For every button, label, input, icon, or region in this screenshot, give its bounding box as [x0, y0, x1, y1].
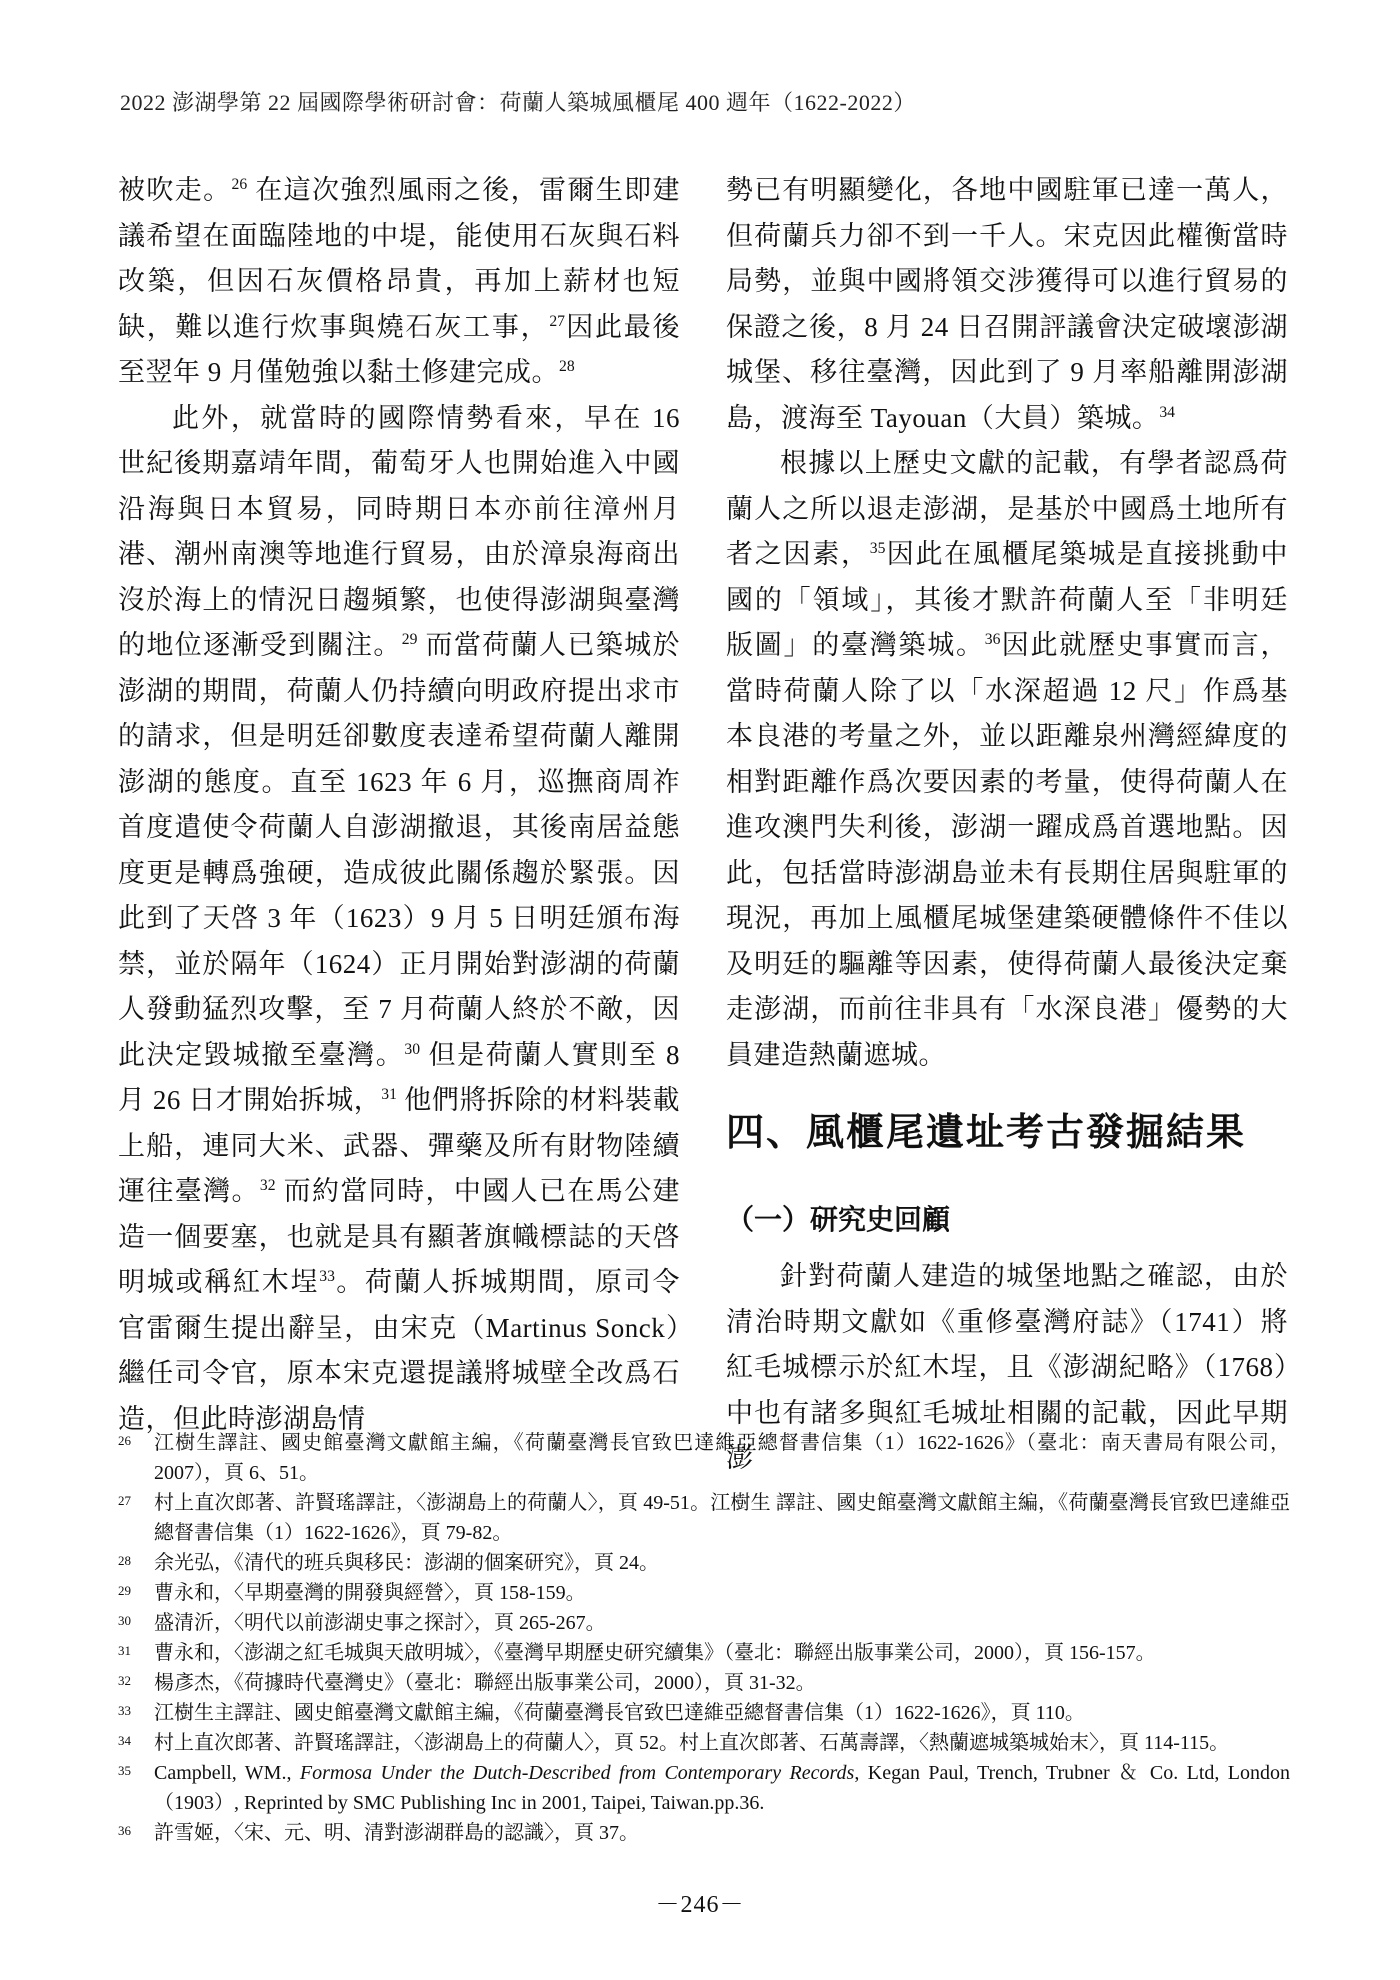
text-run: 被吹走。 — [118, 175, 232, 205]
text-run: 楊彥杰，《荷據時代臺灣史》（臺北：聯經出版事業公司，2000），頁 31-32。 — [154, 1672, 816, 1694]
footnote: 26江樹生譯註、國史館臺灣文獻館主編，《荷蘭臺灣長官致巴達維亞總督書信集（1）1… — [118, 1428, 1290, 1488]
paragraph: 此外，就當時的國際情勢看來，早在 16 世紀後期嘉靖年間，葡萄牙人也開始進入中國… — [118, 396, 680, 1443]
page-number: －246－ — [0, 1884, 1400, 1919]
footnote: 32楊彥杰，《荷據時代臺灣史》（臺北：聯經出版事業公司，2000），頁 31-3… — [118, 1668, 1290, 1698]
footnote-number: 28 — [118, 1548, 154, 1574]
subsection-heading: （一）研究史回顧 — [726, 1202, 1288, 1238]
footnote: 27村上直次郎著、許賢瑤譯註，〈澎湖島上的荷蘭人〉，頁 49-51。江樹生 譯註… — [118, 1488, 1290, 1548]
footnote: 35Campbell, WM., Formosa Under the Dutch… — [118, 1758, 1290, 1818]
footnote-ref: 35 — [870, 540, 886, 557]
left-column: 被吹走。26 在這次強烈風雨之後，雷爾生即建議希望在面臨陸地的中堤，能使用石灰與… — [118, 168, 680, 1482]
section-heading: 四、風櫃尾遺址考古發掘結果 — [726, 1106, 1288, 1160]
body-columns: 被吹走。26 在這次強烈風雨之後，雷爾生即建議希望在面臨陸地的中堤，能使用石灰與… — [118, 168, 1288, 1482]
footnote-ref: 28 — [559, 358, 575, 375]
footnote: 28余光弘，《清代的班兵與移民：澎湖的個案研究》，頁 24。 — [118, 1548, 1290, 1578]
footnote-number: 35 — [118, 1758, 154, 1784]
footnote-text: Campbell, WM., Formosa Under the Dutch-D… — [154, 1758, 1290, 1818]
footnote-text: 曹永和，〈早期臺灣的開發與經營〉，頁 158-159。 — [154, 1578, 1290, 1608]
paragraph: 勢已有明顯變化，各地中國駐軍已達一萬人，但荷蘭兵力卻不到一千人。宋克因此權衡當時… — [726, 168, 1288, 441]
footnote-number: 36 — [118, 1818, 154, 1844]
footnote-text: 曹永和，〈澎湖之紅毛城與天啟明城〉，《臺灣早期歷史研究續集》（臺北：聯經出版事業… — [154, 1638, 1290, 1668]
footnote-ref: 30 — [404, 1041, 420, 1058]
footnote-text: 楊彥杰，《荷據時代臺灣史》（臺北：聯經出版事業公司，2000），頁 31-32。 — [154, 1668, 1290, 1698]
text-run: 勢已有明顯變化，各地中國駐軍已達一萬人，但荷蘭兵力卻不到一千人。宋克因此權衡當時… — [726, 175, 1288, 433]
footnote-number: 26 — [118, 1428, 154, 1454]
footnote: 34村上直次郎著、許賢瑤譯註，〈澎湖島上的荷蘭人〉，頁 52。村上直次郎著、石萬… — [118, 1728, 1290, 1758]
paragraph: 根據以上歷史文獻的記載，有學者認爲荷蘭人之所以退走澎湖，是基於中國爲土地所有者之… — [726, 441, 1288, 1078]
footnote-ref: 31 — [381, 1086, 397, 1103]
text-run: 江樹生主譯註、國史館臺灣文獻館主編，《荷蘭臺灣長官致巴達維亞總督書信集（1）16… — [154, 1702, 1085, 1724]
footnote-text: 村上直次郎著、許賢瑤譯註，〈澎湖島上的荷蘭人〉，頁 52。村上直次郎著、石萬壽譯… — [154, 1728, 1290, 1758]
footnote-number: 29 — [118, 1578, 154, 1604]
footnotes-section: 26江樹生譯註、國史館臺灣文獻館主編，《荷蘭臺灣長官致巴達維亞總督書信集（1）1… — [118, 1428, 1290, 1848]
footnote-number: 33 — [118, 1698, 154, 1724]
footnote-text: 余光弘，《清代的班兵與移民：澎湖的個案研究》，頁 24。 — [154, 1548, 1290, 1578]
footnote-ref: 33 — [319, 1268, 335, 1285]
italic-title: Formosa Under the Dutch-Described from C… — [300, 1762, 854, 1784]
footnote-number: 31 — [118, 1638, 154, 1664]
paragraph: 被吹走。26 在這次強烈風雨之後，雷爾生即建議希望在面臨陸地的中堤，能使用石灰與… — [118, 168, 680, 396]
text-run: Campbell, WM., — [154, 1762, 300, 1784]
footnote-number: 32 — [118, 1668, 154, 1694]
footnote-number: 34 — [118, 1728, 154, 1754]
text-run: 曹永和，〈澎湖之紅毛城與天啟明城〉，《臺灣早期歷史研究續集》（臺北：聯經出版事業… — [154, 1642, 1156, 1664]
footnote-ref: 32 — [260, 1177, 276, 1194]
running-header: 2022 澎湖學第 22 屆國際學術研討會：荷蘭人築城風櫃尾 400 週年（16… — [120, 86, 1290, 117]
footnote-text: 村上直次郎著、許賢瑤譯註，〈澎湖島上的荷蘭人〉，頁 49-51。江樹生 譯註、國… — [154, 1488, 1290, 1548]
text-run: 曹永和，〈早期臺灣的開發與經營〉，頁 158-159。 — [154, 1582, 586, 1604]
footnote-text: 江樹生譯註、國史館臺灣文獻館主編，《荷蘭臺灣長官致巴達維亞總督書信集（1）162… — [154, 1428, 1290, 1488]
footnote-ref: 27 — [549, 313, 565, 330]
document-page: 2022 澎湖學第 22 屆國際學術研討會：荷蘭人築城風櫃尾 400 週年（16… — [0, 0, 1400, 1980]
footnote-number: 30 — [118, 1608, 154, 1634]
footnote: 31曹永和，〈澎湖之紅毛城與天啟明城〉，《臺灣早期歷史研究續集》（臺北：聯經出版… — [118, 1638, 1290, 1668]
footnote-text: 江樹生主譯註、國史館臺灣文獻館主編，《荷蘭臺灣長官致巴達維亞總督書信集（1）16… — [154, 1698, 1290, 1728]
text-run: 而當荷蘭人已築城於澎湖的期間，荷蘭人仍持續向明政府提出求市的請求，但是明廷卻數度… — [118, 630, 680, 1070]
footnote-ref: 26 — [232, 176, 248, 193]
text-run: 余光弘，《清代的班兵與移民：澎湖的個案研究》，頁 24。 — [154, 1552, 659, 1574]
footnote-text: 盛清沂，〈明代以前澎湖史事之探討〉，頁 265-267。 — [154, 1608, 1290, 1638]
footnote-number: 27 — [118, 1488, 154, 1514]
footnote: 33江樹生主譯註、國史館臺灣文獻館主編，《荷蘭臺灣長官致巴達維亞總督書信集（1）… — [118, 1698, 1290, 1728]
text-run: 因此就歷史事實而言，當時荷蘭人除了以「水深超過 12 尺」作爲基本良港的考量之外… — [726, 630, 1288, 1070]
footnote: 29曹永和，〈早期臺灣的開發與經營〉，頁 158-159。 — [118, 1578, 1290, 1608]
footnote: 36許雪姬，〈宋、元、明、清對澎湖群島的認識〉，頁 37。 — [118, 1818, 1290, 1848]
footnote: 30盛清沂，〈明代以前澎湖史事之探討〉，頁 265-267。 — [118, 1608, 1290, 1638]
right-column: 勢已有明顯變化，各地中國駐軍已達一萬人，但荷蘭兵力卻不到一千人。宋克因此權衡當時… — [726, 168, 1288, 1482]
text-run: 此外，就當時的國際情勢看來，早在 16 世紀後期嘉靖年間，葡萄牙人也開始進入中國… — [118, 403, 680, 661]
footnote-text: 許雪姬，〈宋、元、明、清對澎湖群島的認識〉，頁 37。 — [154, 1818, 1290, 1848]
text-run: 盛清沂，〈明代以前澎湖史事之探討〉，頁 265-267。 — [154, 1612, 606, 1634]
text-run: 村上直次郎著、許賢瑤譯註，〈澎湖島上的荷蘭人〉，頁 52。村上直次郎著、石萬壽譯… — [154, 1732, 1229, 1754]
text-run: 許雪姬，〈宋、元、明、清對澎湖群島的認識〉，頁 37。 — [154, 1822, 639, 1844]
footnote-ref: 29 — [402, 631, 418, 648]
footnote-ref: 34 — [1159, 404, 1175, 421]
footnote-ref: 36 — [985, 631, 1001, 648]
text-run: 江樹生譯註、國史館臺灣文獻館主編，《荷蘭臺灣長官致巴達維亞總督書信集（1）162… — [154, 1432, 1290, 1484]
text-run: 村上直次郎著、許賢瑤譯註，〈澎湖島上的荷蘭人〉，頁 49-51。江樹生 譯註、國… — [154, 1492, 1290, 1544]
